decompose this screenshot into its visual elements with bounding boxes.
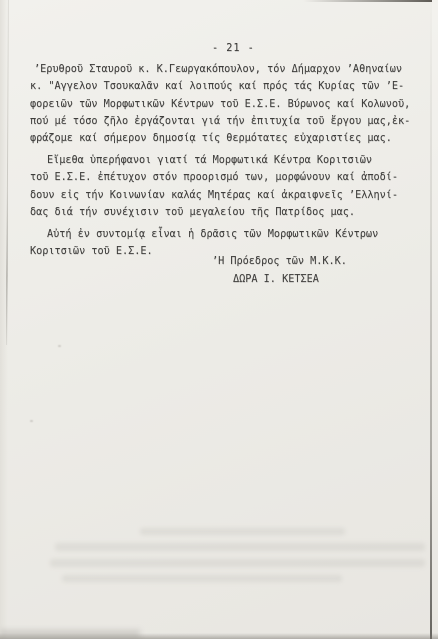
signature-name: ΔΩΡΑ Ι. ΚΕΤΣΕΑ — [212, 271, 347, 289]
text-line-2: κ. "Αγγελον Τσουκαλᾶν καί λοιπούς καί πρ… — [30, 78, 430, 95]
text-line-4: πού μέ τόσο ζῆλο ἐργάζονται γιά τήν ἐπιτ… — [30, 113, 430, 130]
scanned-document-page: - 21 - ’Ερυθροῦ Σταυροῦ κ. Κ.Γεωργακόπου… — [0, 0, 438, 639]
text-line-5: φράζομε καί σήμερον δημοσίᾳ τίς θερμότατ… — [30, 130, 430, 147]
bleedthrough-streak — [62, 575, 342, 582]
document-body: ’Ερυθροῦ Σταυροῦ κ. Κ.Γεωργακόπουλον, τό… — [30, 61, 430, 260]
text-line-10: Αὐτή ἐν συντομίᾳ εἶναι ἡ δρᾶσις τῶν Μορφ… — [30, 226, 430, 243]
bleedthrough-streak — [50, 559, 425, 567]
text-line-3: φορειῶν τῶν Μορφωτικῶν Κέντρων τοῦ Ε.Σ.Ε… — [30, 96, 430, 113]
scan-speck — [58, 345, 61, 347]
scan-speck — [30, 420, 33, 422]
signature-role: ’Η Πρόεδρος τῶν Μ.Κ.Κ. — [212, 253, 347, 271]
right-page-edge-line — [430, 0, 432, 639]
text-line-6: Εἴμεθα ὑπερήφανοι γιατί τά Μορφωτικά Κέν… — [30, 152, 430, 169]
top-page-edge-line — [303, 0, 438, 2]
text-line-9: δας διά τήν συνέχισιν τοῦ μεγαλείου τῆς … — [30, 204, 430, 221]
bottom-left-smudge — [0, 630, 140, 637]
bleedthrough-streak — [55, 543, 425, 551]
right-page-edge-shading — [432, 0, 438, 639]
text-line-1: ’Ερυθροῦ Σταυροῦ κ. Κ.Γεωργακόπουλον, τό… — [30, 61, 430, 78]
text-line-8: δουν εἰς τήν Κοινωνίαν καλάς Μητέρας καί… — [30, 187, 430, 204]
signature-block: ’Η Πρόεδρος τῶν Μ.Κ.Κ. ΔΩΡΑ Ι. ΚΕΤΣΕΑ — [212, 253, 347, 289]
bleedthrough-streak — [140, 528, 345, 535]
text-line-7: τοῦ Ε.Σ.Ε. ἐπέτυχον στόν προορισμό των, … — [30, 169, 430, 186]
page-number: - 21 - — [212, 43, 255, 54]
